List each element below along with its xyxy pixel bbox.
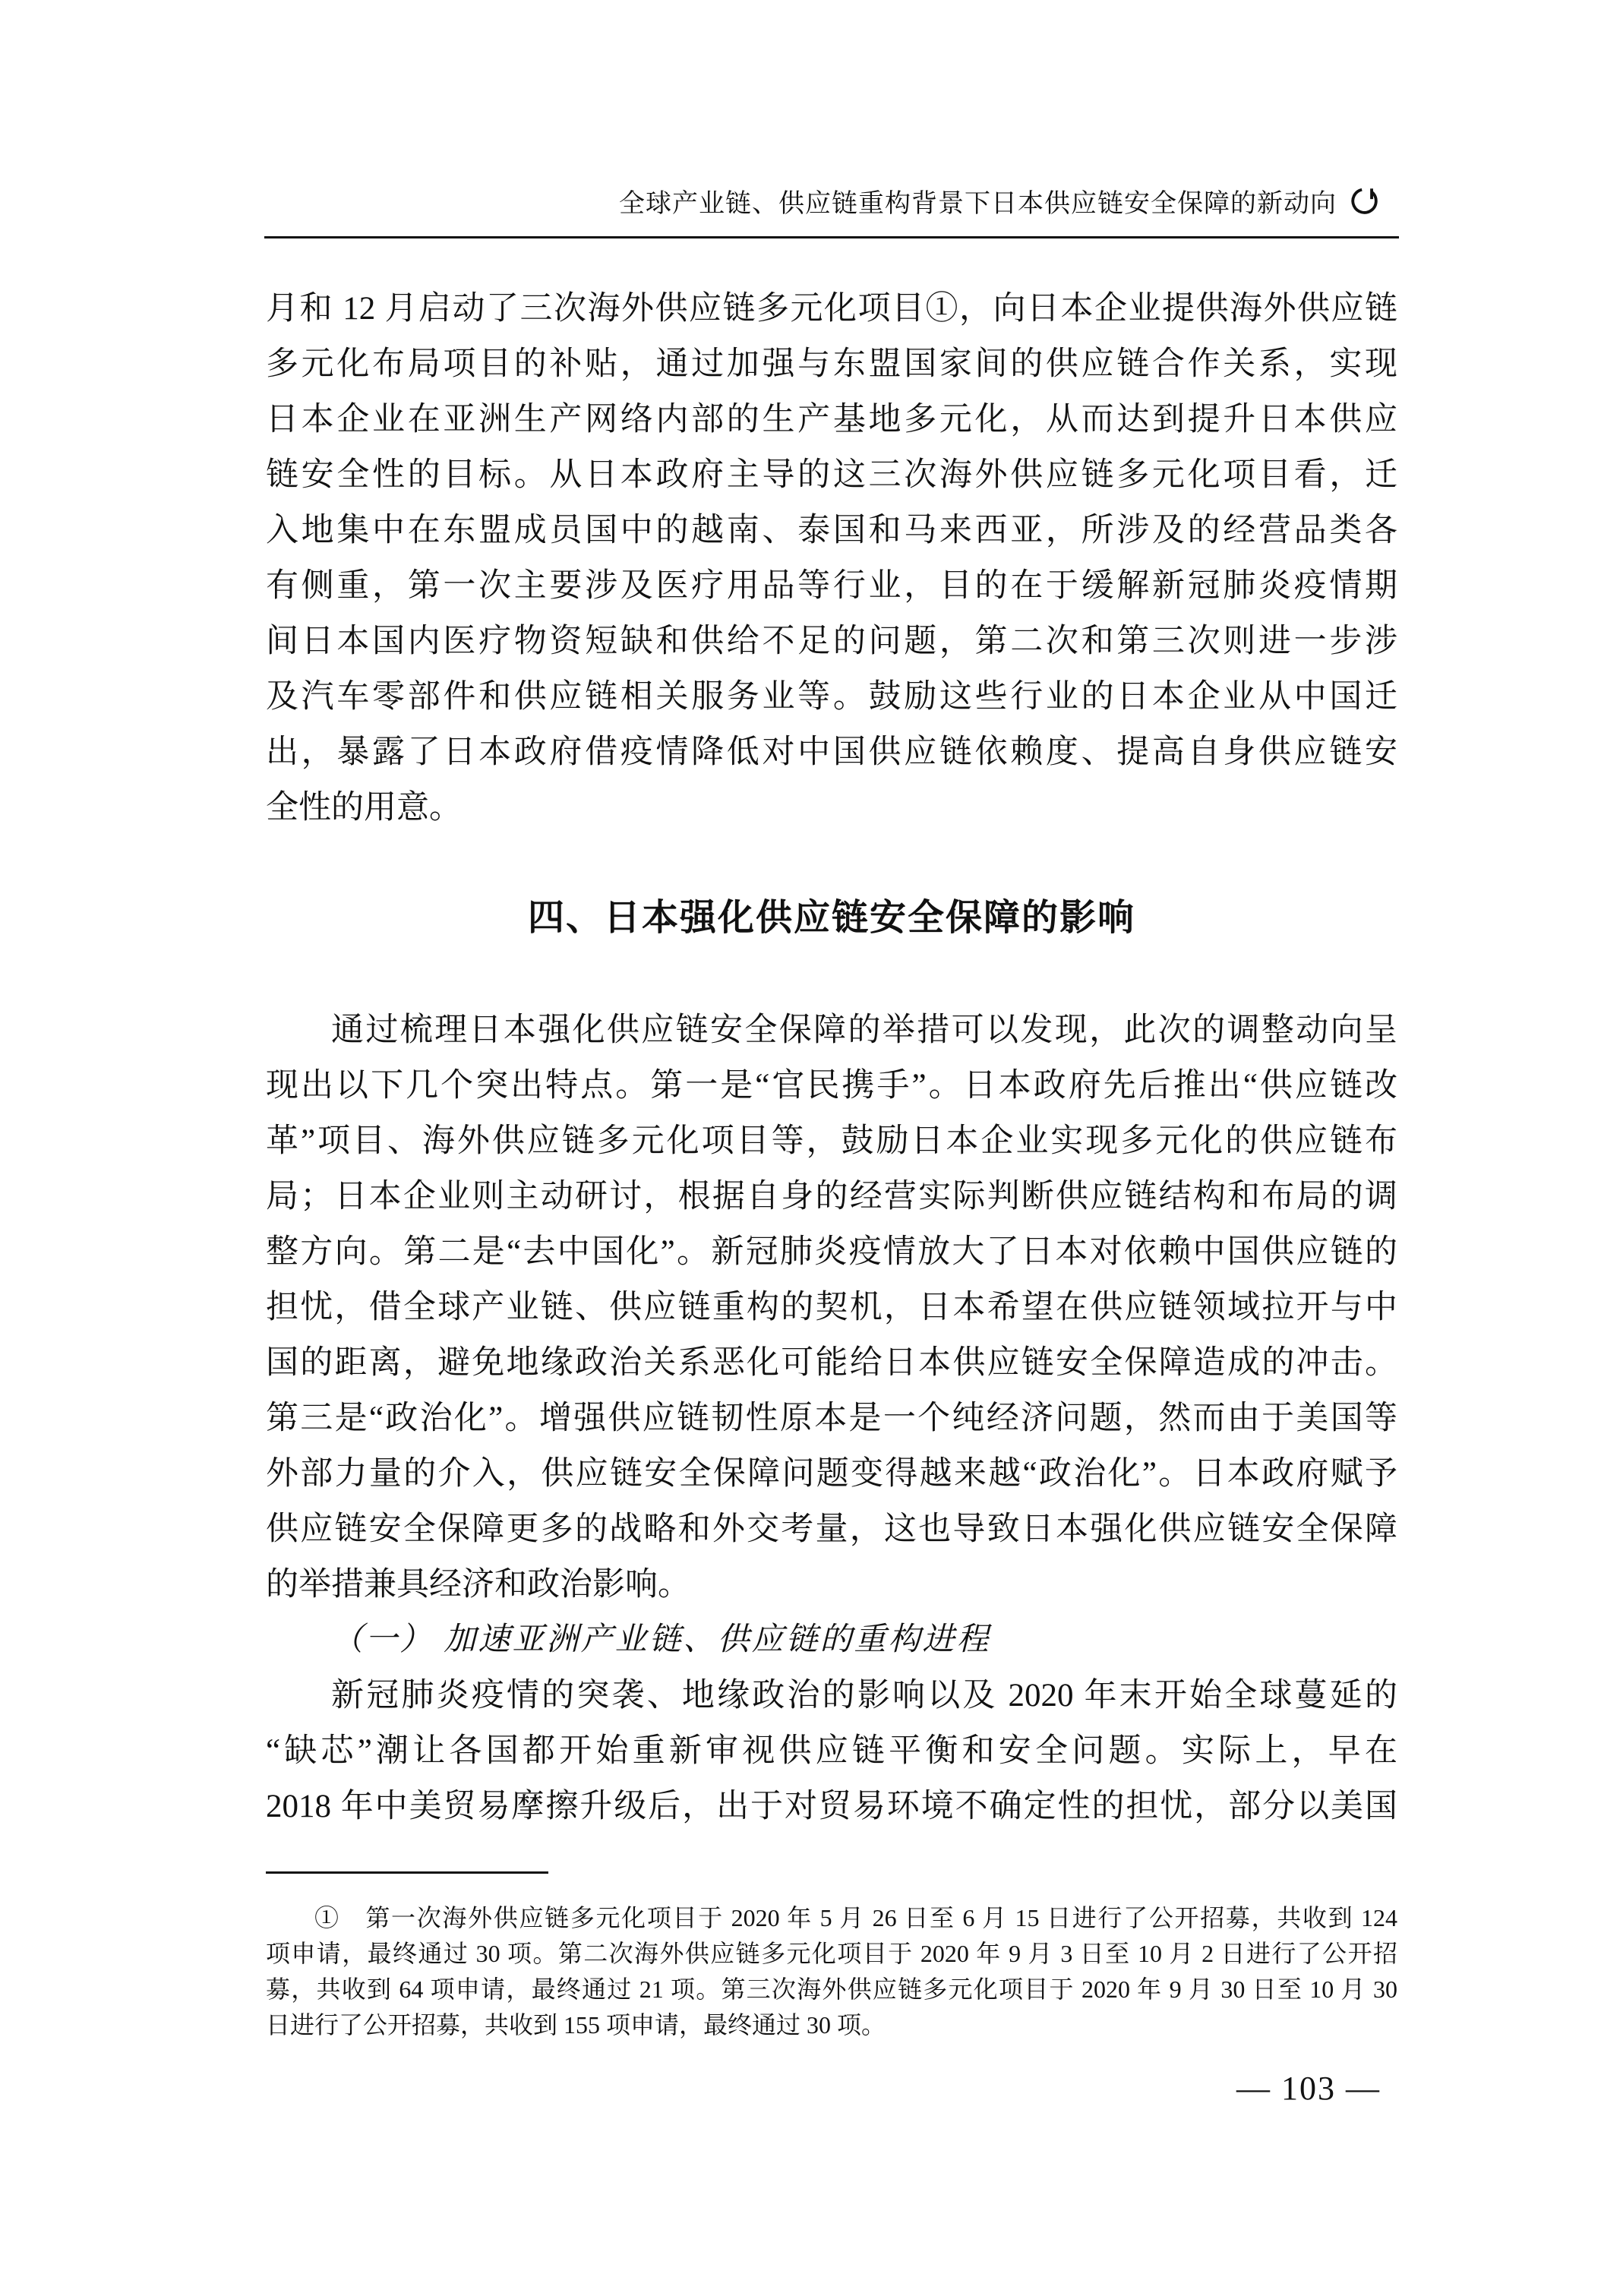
text-line: 入地集中在东盟成员国中的越南、泰国和马来西亚，所涉及的经营品类各 <box>266 503 1397 558</box>
footnote-line: 项申请，最终通过 30 项。第二次海外供应链多元化项目于 2020 年 9 月 … <box>266 1936 1397 1972</box>
text-line: 革”项目、海外供应链多元化项目等，鼓励日本企业实现多元化的供应链布 <box>266 1113 1397 1169</box>
footnote-divider <box>266 1871 548 1874</box>
text-line: 现出以下几个突出特点。第一是“官民携手”。日本政府先后推出“供应链改 <box>266 1058 1397 1113</box>
paragraph-features: 通过梳理日本强化供应链安全保障的举措可以发现，此次的调整动向呈现出以下几个突出特… <box>266 1003 1397 1612</box>
running-title: 全球产业链、供应链重构背景下日本供应链安全保障的新动向 <box>619 182 1337 219</box>
text-line: 的举措兼具经济和政治影响。 <box>266 1557 1397 1612</box>
text-line: 新冠肺炎疫情的突袭、地缘政治的影响以及 2020 年末开始全球蔓延的 <box>266 1668 1397 1723</box>
document-page: 全球产业链、供应链重构背景下日本供应链安全保障的新动向 月和 12 月启动了三次… <box>0 0 1623 2296</box>
page-header: 全球产业链、供应链重构背景下日本供应链安全保障的新动向 <box>266 182 1397 219</box>
paragraph-restructuring: 新冠肺炎疫情的突袭、地缘政治的影响以及 2020 年末开始全球蔓延的“缺芯”潮让… <box>266 1668 1397 1834</box>
page-number: — 103 — <box>266 2070 1397 2106</box>
text-line: 2018 年中美贸易摩擦升级后，出于对贸易环境不确定性的担忧，部分以美国 <box>266 1779 1397 1834</box>
paragraph-continuation: 月和 12 月启动了三次海外供应链多元化项目①，向日本企业提供海外供应链多元化布… <box>266 281 1397 835</box>
text-line: 局；日本企业则主动研讨，根据自身的经营实际判断供应链结构和布局的调 <box>266 1169 1397 1224</box>
footnote-line: ① 第一次海外供应链多元化项目于 2020 年 5 月 26 日至 6 月 15… <box>266 1900 1397 1936</box>
subsection-heading: （一） 加速亚洲产业链、供应链的重构进程 <box>266 1612 1397 1668</box>
text-line: 担忧，借全球产业链、供应链重构的契机，日本希望在供应链领域拉开与中 <box>266 1280 1397 1335</box>
section-heading: 四、日本强化供应链安全保障的影响 <box>266 890 1397 946</box>
text-line: 整方向。第二是“去中国化”。新冠肺炎疫情放大了日本对依赖中国供应链的 <box>266 1224 1397 1280</box>
footnote-line: 募，共收到 64 项申请，最终通过 21 项。第三次海外供应链多元化项目于 20… <box>266 1972 1397 2007</box>
text-line: 通过梳理日本强化供应链安全保障的举措可以发现，此次的调整动向呈 <box>266 1003 1397 1058</box>
text-line: 外部力量的介入，供应链安全保障问题变得越来越“政治化”。日本政府赋予 <box>266 1446 1397 1502</box>
journal-logo-icon <box>1349 185 1381 217</box>
text-line: 链安全性的目标。从日本政府主导的这三次海外供应链多元化项目看，迁 <box>266 447 1397 503</box>
text-line: 间日本国内医疗物资短缺和供给不足的问题，第二次和第三次则进一步涉 <box>266 614 1397 669</box>
text-line: 全性的用意。 <box>266 780 1397 835</box>
text-line: 多元化布局项目的补贴，通过加强与东盟国家间的供应链合作关系，实现 <box>266 336 1397 392</box>
text-line: “缺芯”潮让各国都开始重新审视供应链平衡和安全问题。实际上，早在 <box>266 1723 1397 1779</box>
text-line: 出，暴露了日本政府借疫情降低对中国供应链依赖度、提高自身供应链安 <box>266 725 1397 780</box>
header-divider <box>264 236 1399 238</box>
footnote: ① 第一次海外供应链多元化项目于 2020 年 5 月 26 日至 6 月 15… <box>266 1900 1397 2043</box>
text-line: 月和 12 月启动了三次海外供应链多元化项目①，向日本企业提供海外供应链 <box>266 281 1397 336</box>
text-line: 日本企业在亚洲生产网络内部的生产基地多元化，从而达到提升日本供应 <box>266 392 1397 447</box>
footnote-line: 日进行了公开招募，共收到 155 项申请，最终通过 30 项。 <box>266 2007 1397 2043</box>
text-line: 第三是“政治化”。增强供应链韧性原本是一个纯经济问题，然而由于美国等 <box>266 1391 1397 1446</box>
text-line: 有侧重，第一次主要涉及医疗用品等行业，目的在于缓解新冠肺炎疫情期 <box>266 558 1397 614</box>
text-line: 供应链安全保障更多的战略和外交考量，这也导致日本强化供应链安全保障 <box>266 1502 1397 1557</box>
text-line: 国的距离，避免地缘政治关系恶化可能给日本供应链安全保障造成的冲击。 <box>266 1335 1397 1391</box>
text-line: 及汽车零部件和供应链相关服务业等。鼓励这些行业的日本企业从中国迁 <box>266 669 1397 725</box>
